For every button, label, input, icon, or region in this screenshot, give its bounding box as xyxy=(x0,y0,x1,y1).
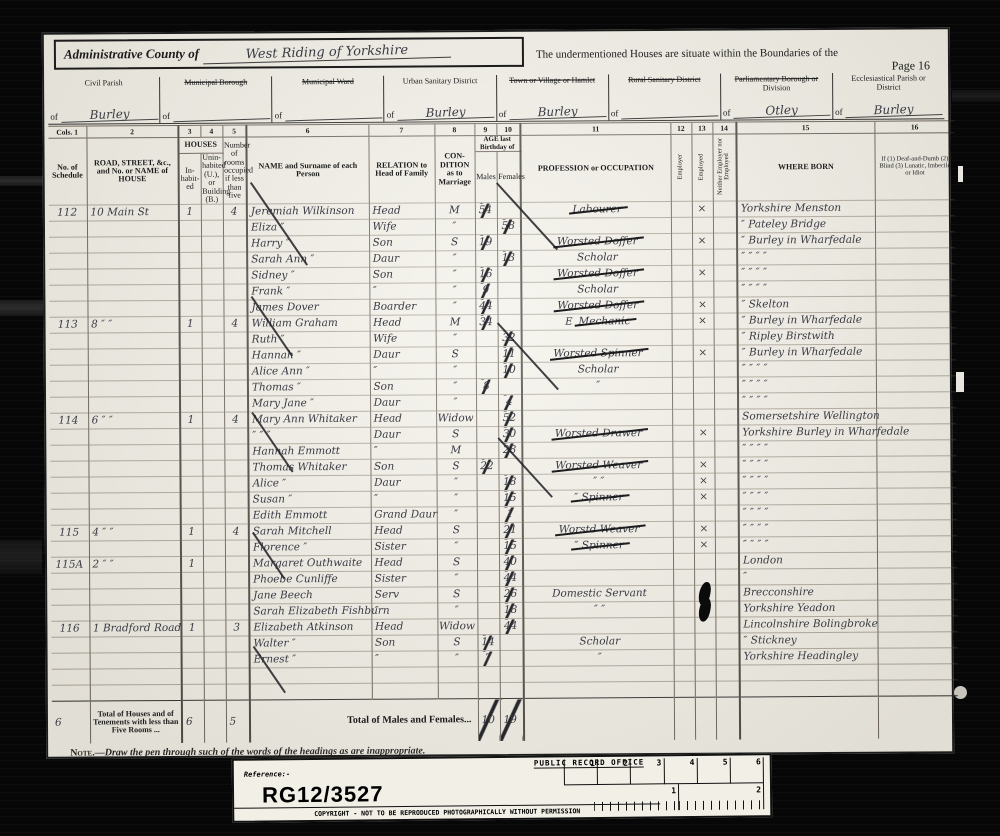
cell-uninhabited xyxy=(203,637,225,653)
cell-rooms: 4 xyxy=(224,412,248,428)
cell-schedule xyxy=(50,429,88,445)
cell-uninhabited xyxy=(201,269,223,285)
cell-relation: ″ xyxy=(371,491,437,507)
cell-infirmity xyxy=(875,248,955,264)
cell-born: ″ ″ ″ ″ xyxy=(738,441,876,458)
cell-rooms: 4 xyxy=(225,524,249,540)
cell-condition: M xyxy=(435,203,475,219)
cell-rooms xyxy=(226,684,250,700)
cell-schedule xyxy=(51,509,89,525)
cell-occupation: Worsted Doffer xyxy=(521,298,671,315)
cell-infirmity xyxy=(877,504,957,520)
cell-age_m xyxy=(477,475,499,491)
cell-neither xyxy=(715,601,739,617)
cell-inhabited xyxy=(179,269,201,285)
district-value xyxy=(173,118,270,122)
totals-empty xyxy=(740,697,878,740)
ruler-mark: 4 xyxy=(664,758,697,784)
cell-employer xyxy=(672,458,693,474)
cell-inhabited: 1 xyxy=(181,621,203,637)
cell-uninhabited xyxy=(202,333,224,349)
cell-age_f xyxy=(500,651,524,667)
district-of-line: of xyxy=(275,110,382,122)
cell-born: ″ Burley in Wharfedale xyxy=(737,233,875,250)
cell-employer xyxy=(672,474,693,490)
cell-age_m xyxy=(476,427,498,443)
cell-rooms xyxy=(225,636,249,652)
cell-rooms xyxy=(223,284,247,300)
cell-employed xyxy=(693,442,714,458)
cell-neither xyxy=(714,345,738,361)
film-streak xyxy=(952,90,1000,102)
cell-address xyxy=(87,301,179,318)
cell-relation: Daur xyxy=(370,395,436,411)
cell-schedule xyxy=(50,461,88,477)
cell-rooms xyxy=(225,508,249,524)
total-males: 10 xyxy=(478,699,500,741)
cell-condition: ″ xyxy=(437,475,477,491)
cell-schedule xyxy=(51,637,89,653)
cell-uninhabited xyxy=(203,589,225,605)
film-edge-mark xyxy=(956,372,964,392)
cell-born: ″ ″ ″ ″ xyxy=(738,393,876,410)
ruler-mark: 1 xyxy=(671,786,676,795)
cell-relation: Wife xyxy=(370,331,436,347)
cell-age_m xyxy=(475,219,497,235)
cell-employed xyxy=(693,410,714,426)
census-form-page: Administrative County of West Riding of … xyxy=(42,27,954,759)
cell-born: Yorkshire Menston xyxy=(737,201,875,218)
cell-employer xyxy=(674,682,695,698)
cell-infirmity xyxy=(876,392,956,408)
cell-address: 10 Main St xyxy=(87,205,179,222)
cell-age_m xyxy=(476,411,498,427)
cell-employer xyxy=(672,410,693,426)
cell-neither xyxy=(714,377,738,393)
cell-uninhabited xyxy=(203,605,225,621)
cell-employed xyxy=(694,554,715,570)
cell-rooms: 3 xyxy=(225,620,249,636)
district-of-line: of xyxy=(162,110,269,122)
cell-age_m xyxy=(477,491,499,507)
header-profession: PROFESSION or OCCUPATION xyxy=(520,134,670,202)
col-number: 7 xyxy=(368,124,434,136)
ruler-mark: 1 xyxy=(565,759,598,785)
ruler-inches: 1 2 3 4 5 6 xyxy=(564,757,764,785)
cell-born: Somersetshire Wellington xyxy=(738,409,876,426)
cell-relation: Sister xyxy=(371,571,437,587)
cell-address xyxy=(88,349,180,366)
cell-relation: Wife xyxy=(369,219,435,235)
cell-inhabited xyxy=(181,589,203,605)
cell-employer xyxy=(673,570,694,586)
cell-inhabited xyxy=(180,397,202,413)
cell-employed xyxy=(695,666,716,682)
cell-employer xyxy=(672,378,693,394)
ruler-mark: 3 xyxy=(631,758,664,784)
cell-relation: Son xyxy=(370,459,436,475)
col-number: 8 xyxy=(434,124,474,136)
header-neither-label: Neither Employer nor Employed xyxy=(718,133,731,199)
totals-row: 6 Total of Houses and of Tenements with … xyxy=(52,696,958,744)
col-number: 12 xyxy=(670,122,691,134)
cell-condition: Widow xyxy=(437,619,477,635)
cell-relation: Daur xyxy=(371,475,437,491)
cell-address xyxy=(87,285,179,302)
cell-name: Harry ″ xyxy=(247,236,369,253)
col-number: 9 xyxy=(474,124,496,136)
cell-name: Mary Ann Whitaker xyxy=(248,412,370,429)
header-condition: CON-DITION as to Marriage xyxy=(434,136,474,204)
film-streak xyxy=(0,300,44,316)
cell-inhabited xyxy=(182,669,204,685)
col-number: 5 xyxy=(222,125,246,137)
cell-uninhabited xyxy=(202,429,224,445)
cell-address xyxy=(87,221,179,238)
cell-employer xyxy=(671,298,692,314)
cell-address: 6 ″ ″ xyxy=(88,413,180,430)
cell-address xyxy=(89,589,181,606)
cell-neither xyxy=(714,313,738,329)
cell-born: ″ ″ ″ ″ xyxy=(737,265,875,282)
cell-schedule xyxy=(49,253,87,269)
cell-neither xyxy=(715,553,739,569)
totals-empty xyxy=(716,697,740,739)
cell-address xyxy=(89,573,181,590)
cell-age_m xyxy=(477,587,499,603)
cell-employed xyxy=(694,602,715,618)
header-infirmity: If (1) Deaf-and-Dumb (2) Blind (3) Lunat… xyxy=(874,133,954,201)
cell-employed xyxy=(692,250,713,266)
cell-name: Walter ″ xyxy=(249,636,371,653)
cell-age_m: 44 xyxy=(475,299,497,315)
header-neither: Neither Employer nor Employed xyxy=(712,134,736,201)
cell-relation: Head xyxy=(369,203,435,219)
cell-name: James Dover xyxy=(247,300,369,317)
cell-neither xyxy=(715,569,739,585)
col-number: 15 xyxy=(736,121,874,134)
col-number: 11 xyxy=(520,122,670,135)
cell-inhabited xyxy=(180,365,202,381)
cell-infirmity xyxy=(876,472,956,488)
cell-occupation: Domestic Servant xyxy=(523,586,673,603)
cell-uninhabited xyxy=(202,381,224,397)
cell-employer xyxy=(673,634,694,650)
total-inhabited: 6 xyxy=(182,701,204,743)
cell-address xyxy=(89,637,181,654)
cell-rooms xyxy=(224,348,248,364)
cell-uninhabited xyxy=(204,685,226,701)
cell-neither xyxy=(716,649,740,665)
cell-rooms xyxy=(224,460,248,476)
district-value: Burley xyxy=(509,104,606,120)
header-employer-label: Employer xyxy=(678,154,685,180)
cell-age_m: 16 xyxy=(475,267,497,283)
cell-uninhabited xyxy=(201,285,223,301)
cell-born: Yorkshire Headingley xyxy=(740,649,878,666)
cell-employer xyxy=(673,602,694,618)
district-of-line: ofBurley xyxy=(835,103,942,118)
film-edge-mark xyxy=(958,166,963,182)
cell-employed: × xyxy=(693,426,714,442)
cell-employer xyxy=(671,218,692,234)
cell-address xyxy=(88,381,180,398)
cell-inhabited xyxy=(180,349,202,365)
cell-uninhabited xyxy=(203,573,225,589)
cell-infirmity xyxy=(876,376,956,392)
cell-uninhabited xyxy=(203,509,225,525)
cell-address xyxy=(90,653,182,670)
cell-age_f: 15 xyxy=(499,539,523,555)
cell-address xyxy=(88,397,180,414)
cell-infirmity xyxy=(875,200,955,216)
district-label: Urban Sanitary District xyxy=(386,76,493,86)
cell-name: Thomas ″ xyxy=(248,380,370,397)
cell-inhabited xyxy=(181,605,203,621)
cell-age_m xyxy=(477,619,499,635)
cell-schedule: 115 xyxy=(51,525,89,541)
cell-address xyxy=(87,237,179,254)
cell-condition: M xyxy=(436,315,476,331)
cell-inhabited: 1 xyxy=(181,525,203,541)
cell-schedule xyxy=(50,445,88,461)
cell-condition: S xyxy=(437,555,477,571)
cell-born: Yorkshire Burley in Wharfedale xyxy=(738,425,876,442)
cell-condition: ″ xyxy=(437,507,477,523)
cell-uninhabited xyxy=(204,669,226,685)
cell-condition: S xyxy=(435,235,475,251)
cell-neither xyxy=(714,441,738,457)
cell-age_m xyxy=(476,363,498,379)
cell-neither xyxy=(713,265,737,281)
header-employer: Employer xyxy=(670,134,691,201)
cell-born: ″ Ripley Birstwith xyxy=(738,329,876,346)
cell-occupation: ″ xyxy=(522,378,672,395)
subheader-uninhabited: Unin-habited (U.), or Building (B.) xyxy=(201,153,223,204)
cell-uninhabited xyxy=(203,525,225,541)
cell-age_m xyxy=(476,347,498,363)
cell-name: Susan ″ xyxy=(249,492,371,509)
cell-condition: ″ xyxy=(437,491,477,507)
cell-condition: M xyxy=(436,443,476,459)
cell-infirmity xyxy=(876,424,956,440)
cell-relation: Head xyxy=(371,555,437,571)
cell-condition: S xyxy=(436,427,476,443)
cell-neither xyxy=(713,217,737,233)
cell-inhabited: 1 xyxy=(180,413,202,429)
cell-name xyxy=(250,684,372,701)
cell-age_m: 9 xyxy=(475,283,497,299)
district-value: Otley xyxy=(733,103,830,119)
cell-infirmity xyxy=(876,440,956,456)
cell-age_f: 44 xyxy=(499,619,523,635)
district-of-line: ofBurley xyxy=(387,106,494,121)
cell-employed: × xyxy=(693,346,714,362)
cell-uninhabited xyxy=(203,541,225,557)
district-field-4: Town or Village or HamletofBurley xyxy=(496,74,608,121)
cell-employed: × xyxy=(694,490,715,506)
cell-relation: Head xyxy=(370,411,436,427)
cell-occupation: Scholar xyxy=(523,634,673,651)
cell-born: ″ Stickney xyxy=(739,633,877,650)
header-name: NAME and Surname of each Person xyxy=(246,136,368,204)
cell-occupation: ″ Spinner xyxy=(523,538,673,555)
cell-address: 1 Bradford Road xyxy=(89,621,181,638)
col-number: 14 xyxy=(712,122,736,134)
cell-uninhabited xyxy=(203,477,225,493)
cell-uninhabited xyxy=(201,205,223,221)
cell-occupation: Worstd Weaver xyxy=(523,522,673,539)
cell-employer xyxy=(671,266,692,282)
cell-rooms xyxy=(224,364,248,380)
cell-neither xyxy=(715,521,739,537)
cell-age_f: 10 xyxy=(498,363,522,379)
cell-rooms xyxy=(224,332,248,348)
cell-employed xyxy=(693,362,714,378)
cell-condition: ″ xyxy=(435,299,475,315)
cell-born: ″ ″ ″ ″ xyxy=(737,281,875,298)
ruler-segment: 2 xyxy=(679,783,764,810)
ruler-mark: 6 xyxy=(731,757,764,783)
cell-inhabited xyxy=(181,477,203,493)
cell-employer xyxy=(672,426,693,442)
cell-age_m xyxy=(477,555,499,571)
cell-condition: ″ xyxy=(438,651,478,667)
cell-neither xyxy=(714,329,738,345)
cell-infirmity xyxy=(878,648,958,664)
cell-schedule xyxy=(49,221,87,237)
cell-employer xyxy=(673,618,694,634)
cell-age_m xyxy=(476,395,498,411)
cell-occupation: ″ xyxy=(524,650,674,667)
cell-occupation: ″ ″ xyxy=(523,602,673,619)
cell-rooms xyxy=(224,428,248,444)
district-value: Burley xyxy=(61,107,158,123)
cell-schedule xyxy=(51,493,89,509)
cell-born: ″ ″ ″ ″ xyxy=(739,537,877,554)
cell-born: ″ xyxy=(739,569,877,586)
cell-employed: × xyxy=(694,538,715,554)
cell-uninhabited xyxy=(201,301,223,317)
header-schedule: No. of Schedule xyxy=(48,138,86,206)
cell-inhabited xyxy=(181,541,203,557)
cell-born: ″ Burley in Wharfedale xyxy=(738,313,876,330)
cell-neither xyxy=(713,233,737,249)
cell-age_m xyxy=(478,667,500,683)
cell-infirmity xyxy=(876,328,956,344)
cell-employer xyxy=(671,234,692,250)
cell-infirmity xyxy=(878,664,958,680)
cell-age_m xyxy=(477,571,499,587)
census-scan-page: { "header": { "admin_county_label": "Adm… xyxy=(0,0,1000,836)
district-field-1: Municipal Boroughof xyxy=(159,76,271,123)
cell-condition: S xyxy=(437,635,477,651)
cell-name: Sarah Mitchell xyxy=(249,524,371,541)
cell-schedule xyxy=(51,573,89,589)
col-number: 2 xyxy=(86,125,178,138)
cell-uninhabited xyxy=(202,461,224,477)
cell-employer xyxy=(673,490,694,506)
cell-employer xyxy=(672,330,693,346)
cell-inhabited xyxy=(179,221,201,237)
cell-relation: Son xyxy=(369,267,435,283)
header-employed-label: Employed xyxy=(699,153,706,180)
cell-schedule xyxy=(49,237,87,253)
pro-stamp-box: PUBLIC RECORD OFFICE Reference:- RG12/35… xyxy=(232,753,773,823)
cell-employed: × xyxy=(692,266,713,282)
film-streak xyxy=(0,540,42,574)
cell-condition: ″ xyxy=(436,331,476,347)
situate-text: The undermentioned Houses are situate wi… xyxy=(536,47,838,61)
cell-occupation xyxy=(523,506,673,523)
cell-infirmity xyxy=(877,616,957,632)
cell-occupation xyxy=(522,330,672,347)
cell-age_f: 1 xyxy=(499,507,523,523)
cell-age_f: 52 xyxy=(498,411,522,427)
cell-occupation xyxy=(522,410,672,427)
cell-uninhabited xyxy=(203,621,225,637)
cell-rooms xyxy=(224,396,248,412)
cell-name: Alice Ann ″ xyxy=(248,364,370,381)
cell-address xyxy=(87,253,179,270)
cell-age_f: 44 xyxy=(499,571,523,587)
cell-schedule xyxy=(49,301,87,317)
cell-neither xyxy=(714,473,738,489)
cell-inhabited xyxy=(179,301,201,317)
cell-born: Lincolnshire Bolingbroke xyxy=(739,617,877,634)
cell-occupation: Scholar xyxy=(521,282,671,299)
cell-inhabited xyxy=(180,381,202,397)
cell-address xyxy=(89,605,181,622)
cell-inhabited xyxy=(182,685,204,701)
page-number: Page 16 xyxy=(892,58,930,73)
cell-condition: ″ xyxy=(436,379,476,395)
district-value xyxy=(621,115,718,119)
cell-occupation: Scholar xyxy=(521,250,671,267)
cell-born: ″ ″ ″ ″ xyxy=(738,457,876,474)
cell-neither xyxy=(714,409,738,425)
district-field-7: Ecclesiastical Parish orDistrictofBurley xyxy=(832,72,944,119)
cell-condition: S xyxy=(436,459,476,475)
cell-age_f: 13 xyxy=(497,251,521,267)
cell-occupation xyxy=(524,666,674,683)
cell-condition: Widow xyxy=(436,411,476,427)
cell-condition: S xyxy=(437,523,477,539)
cell-employed: × xyxy=(692,202,713,218)
cell-employed xyxy=(692,282,713,298)
cell-employed xyxy=(693,330,714,346)
cell-employed xyxy=(693,378,714,394)
cell-schedule: 115A xyxy=(51,557,89,573)
cell-condition: ″ xyxy=(436,395,476,411)
cell-employer xyxy=(672,362,693,378)
cell-name: Eliza ″ xyxy=(247,220,369,237)
cell-born: ″ ″ ″ ″ xyxy=(738,361,876,378)
census-table: Cols. 1 2 3 4 5 6 7 8 9 10 11 12 13 14 1… xyxy=(48,120,958,743)
district-label: Municipal Ward xyxy=(274,77,381,87)
cell-age_m: 22 xyxy=(476,459,498,475)
cell-inhabited xyxy=(182,653,204,669)
cell-schedule xyxy=(51,589,89,605)
film-streak xyxy=(0,176,44,186)
cell-born: Brecconshire xyxy=(739,585,877,602)
cell-employed xyxy=(695,682,716,698)
cell-infirmity xyxy=(878,680,958,696)
cell-condition: ″ xyxy=(437,603,477,619)
cell-infirmity xyxy=(875,280,955,296)
cell-address xyxy=(89,509,181,526)
cell-rooms xyxy=(223,268,247,284)
